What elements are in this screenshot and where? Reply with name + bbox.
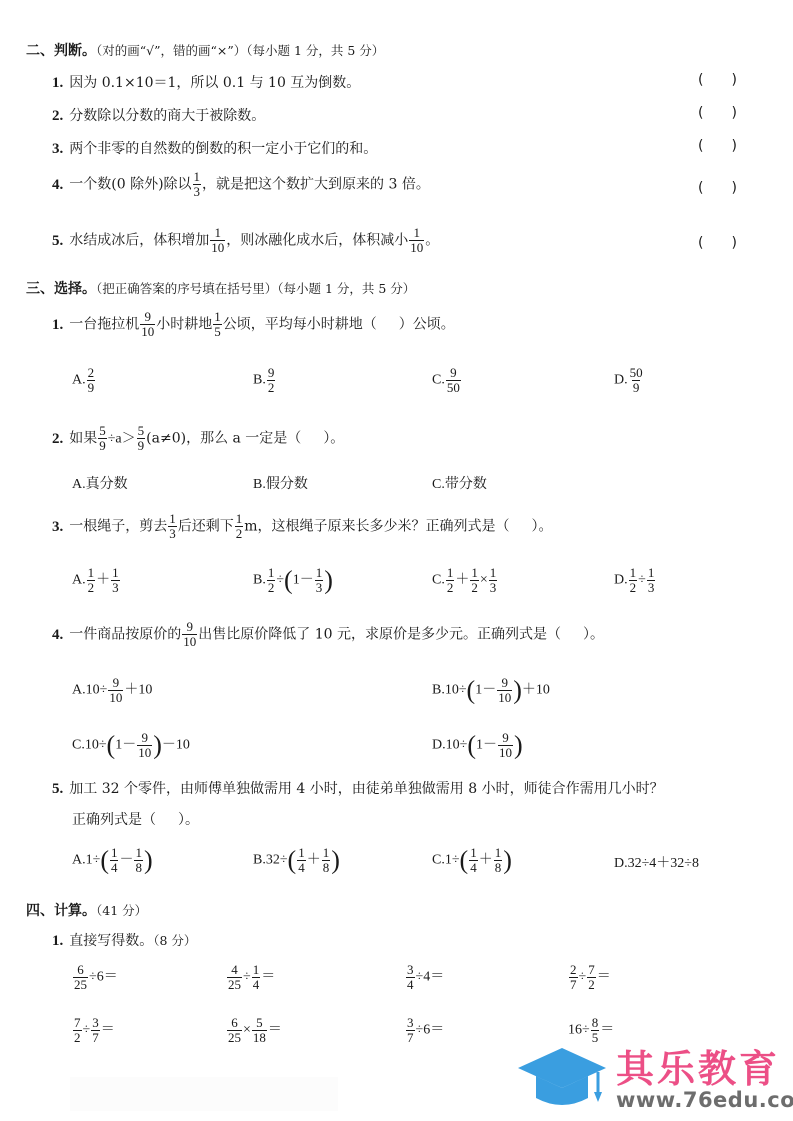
answer-blank-judge-3[interactable]: () — [698, 138, 737, 154]
calc-item-6[interactable]: 625×518＝ — [226, 1016, 282, 1045]
q3-option-c[interactable]: C.12＋12×13 — [432, 566, 498, 595]
calc-item-4[interactable]: 27÷72＝ — [568, 963, 611, 992]
q4-option-c[interactable]: C.10÷(1－910)－10 — [72, 731, 190, 760]
q2-option-a[interactable]: A.真分数 — [72, 473, 128, 493]
calc-item-1[interactable]: 625÷6＝ — [72, 963, 118, 992]
choice-question-3: 3.一根绳子，剪去13后还剩下12m，这根绳子原来长多少米？正确列式是（）。 — [52, 512, 553, 541]
calc-item-5[interactable]: 72÷37＝ — [72, 1016, 115, 1045]
section-3-heading: 三、选择。 — [26, 281, 96, 297]
section-4-note: （41 分） — [96, 903, 147, 918]
judge-item-2: 2.分数除以分数的商大于被除数。 — [52, 105, 265, 125]
q4-option-a[interactable]: A.10÷910＋10 — [72, 676, 152, 705]
choice-question-5: 5.加工 32 个零件，由师傅单独做需用 4 小时，由徒弟单独做需用 8 小时，… — [52, 778, 664, 798]
q3-option-b[interactable]: B.12÷(1－13) — [253, 566, 333, 595]
section-2-header: 二、判断。（对的画“√”，错的画“×”）（每小题 1 分，共 5 分） — [26, 40, 384, 60]
choice-question-5-line2: 正确列式是（）。 — [72, 809, 199, 829]
choice-question-4: 4.一件商品按原价的910出售比原价降低了 10 元，求原价是多少元。正确列式是… — [52, 620, 604, 649]
calc-item-3[interactable]: 34÷4＝ — [405, 963, 444, 992]
brand-url: www.76edu.com — [616, 1088, 793, 1112]
section-4-header: 四、计算。（41 分） — [26, 900, 147, 920]
q5-option-a[interactable]: A.1÷(14－18) — [72, 846, 153, 875]
fraction: 13 — [193, 170, 202, 199]
q1-option-d[interactable]: D.509 — [614, 366, 645, 395]
q4-option-b[interactable]: B.10÷(1－910)＋10 — [432, 676, 550, 705]
graduation-cap-icon — [512, 1042, 612, 1110]
answer-blank-judge-2[interactable]: () — [698, 105, 737, 121]
q2-option-b[interactable]: B.假分数 — [253, 473, 308, 493]
answer-blank-judge-5[interactable]: () — [698, 235, 737, 251]
judge-item-1: 1.因为 0.1×10＝1，所以 0.1 与 10 互为倒数。 — [52, 72, 360, 92]
brand-logo-text: 其乐教育 — [616, 1038, 780, 1093]
calc-item-8[interactable]: 16÷85＝ — [568, 1016, 614, 1045]
answer-blank-judge-4[interactable]: () — [698, 180, 737, 196]
section-2-heading: 二、判断。 — [26, 43, 96, 59]
calc-item-2[interactable]: 425÷14＝ — [226, 963, 275, 992]
section-2-note: （对的画“√”，错的画“×”）（每小题 1 分，共 5 分） — [96, 43, 384, 58]
q1-option-c[interactable]: C.950 — [432, 366, 462, 395]
q5-option-d[interactable]: D.32÷4＋32÷8 — [614, 852, 699, 872]
judge-item-3: 3.两个非零的自然数的倒数的积一定小于它们的和。 — [52, 138, 377, 158]
calc-sub-1: 1.直接写得数。（8 分） — [52, 930, 196, 950]
faint-blank-area — [70, 1077, 338, 1111]
q3-option-a[interactable]: A.12＋13 — [72, 566, 121, 595]
fraction: 110 — [409, 226, 424, 255]
section-4-heading: 四、计算。 — [26, 903, 96, 919]
q5-option-b[interactable]: B.32÷(14＋18) — [253, 846, 340, 875]
section-3-note: （把正确答案的序号填在括号里）（每小题 1 分，共 5 分） — [96, 281, 415, 296]
q3-option-d[interactable]: D.12÷13 — [614, 566, 656, 595]
choice-question-2: 2.如果59÷a＞59(a≠0)，那么 a 一定是（）。 — [52, 424, 344, 453]
fraction: 110 — [210, 226, 225, 255]
choice-question-1: 1.一台拖拉机910小时耕地15公顷，平均每小时耕地（）公顷。 — [52, 310, 455, 339]
answer-blank-judge-1[interactable]: () — [698, 72, 737, 88]
section-3-header: 三、选择。（把正确答案的序号填在括号里）（每小题 1 分，共 5 分） — [26, 278, 415, 298]
judge-item-4: 4.一个数(0 除外)除以13，就是把这个数扩大到原来的 3 倍。 — [52, 170, 430, 199]
q2-option-c[interactable]: C.带分数 — [432, 473, 487, 493]
q4-option-d[interactable]: D.10÷(1－910) — [432, 731, 523, 760]
q5-option-c[interactable]: C.1÷(14＋18) — [432, 846, 512, 875]
calc-item-7[interactable]: 37÷6＝ — [405, 1016, 444, 1045]
q1-option-b[interactable]: B.92 — [253, 366, 276, 395]
judge-item-5: 5.水结成冰后，体积增加110，则冰融化成水后，体积减小110。 — [52, 226, 439, 255]
q1-option-a[interactable]: A.29 — [72, 366, 96, 395]
